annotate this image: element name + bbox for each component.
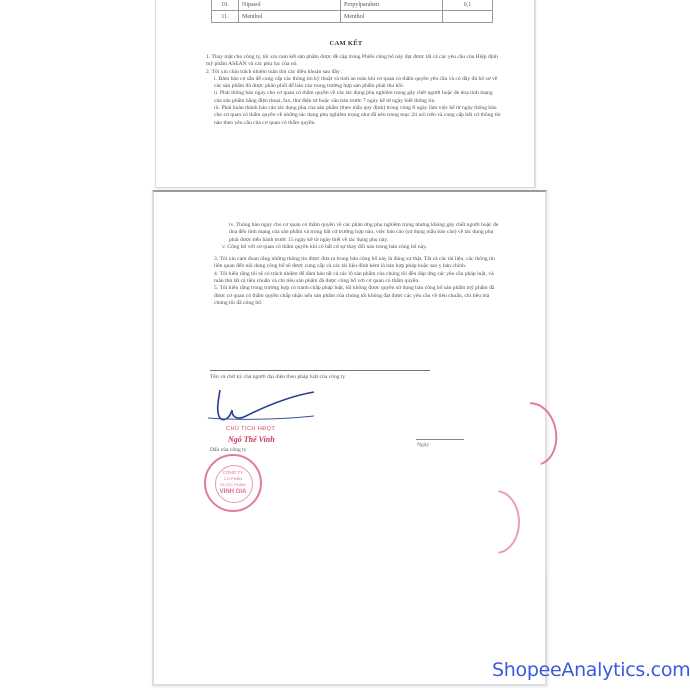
paragraph: 1. Thay mặt cho công ty, tôi xin cam kết… bbox=[206, 54, 501, 69]
watermark-text: ShopeeAnalytics.com bbox=[492, 659, 690, 681]
table-row: 10. Nipasol Propylparaben 0,1 bbox=[212, 0, 493, 11]
signer-name: Ngô Thế Vinh bbox=[228, 435, 275, 444]
paragraph: iii. Phải hoàn thành báo cáo tác dụng ph… bbox=[206, 105, 501, 127]
stamp-text: CÔNG TY bbox=[206, 470, 260, 475]
document-page-1: 10. Nipasol Propylparaben 0,1 11. Mentho… bbox=[155, 0, 535, 188]
paragraph: 5. Tôi hiểu rằng trong trường hợp có tra… bbox=[214, 285, 504, 307]
ingredient-inci: Menthol bbox=[341, 11, 443, 23]
section-heading: CAM KẾT bbox=[156, 40, 536, 47]
paragraph: 2. Tôi xin chịu trách nhiệm tuân thủ các… bbox=[206, 69, 501, 76]
paragraph: 4. Tôi hiểu rằng tôi sẽ có trách nhiệm đ… bbox=[214, 271, 504, 286]
page-edge bbox=[546, 192, 553, 572]
signature-divider bbox=[210, 370, 430, 371]
date-divider bbox=[416, 439, 464, 440]
signature-scribble-icon bbox=[206, 388, 316, 426]
company-stamp: CÔNG TY CỔ PHẦN DƯỢC PHẨM VINH GIA bbox=[204, 454, 262, 512]
row-number: 11. bbox=[212, 11, 239, 23]
paragraph: 3. Tôi xin cam đoan rằng những thông tin… bbox=[214, 256, 504, 271]
commitment-text-2: iv. Thông báo ngay cho cơ quan có thẩm q… bbox=[214, 222, 504, 307]
table-row: 11. Menthol Menthol bbox=[212, 11, 493, 23]
paragraph: iv. Thông báo ngay cho cơ quan có thẩm q… bbox=[214, 222, 504, 244]
date-label: Ngày bbox=[417, 442, 429, 448]
paragraph: i. Đảm bảo có sẵn để cung cấp các thông … bbox=[206, 76, 501, 91]
ingredient-name: Menthol bbox=[239, 11, 341, 23]
page-edge bbox=[535, 0, 540, 188]
commitment-text-1: 1. Thay mặt cho công ty, tôi xin cam kết… bbox=[206, 54, 501, 127]
ingredient-percent: 0,1 bbox=[443, 0, 493, 11]
signer-role: CHỦ TỊCH HĐQT bbox=[226, 426, 275, 432]
row-number: 10. bbox=[212, 0, 239, 11]
ingredient-inci: Propylparaben bbox=[341, 0, 443, 11]
ingredients-table: 10. Nipasol Propylparaben 0,1 11. Mentho… bbox=[211, 0, 493, 23]
seal-edge-stamp bbox=[472, 490, 520, 554]
paragraph: v. Công bố với cơ quan có thẩm quyền khi… bbox=[214, 244, 504, 251]
seal-edge-stamp bbox=[504, 398, 562, 469]
ingredient-name: Nipasol bbox=[239, 0, 341, 11]
stamp-label: Dấu của công ty bbox=[210, 447, 247, 453]
stamp-text: CỔ PHẦN bbox=[206, 476, 260, 481]
paragraph: ii. Phải thông báo ngay cho cơ quan có t… bbox=[206, 90, 501, 105]
stamp-text: DƯỢC PHẨM bbox=[206, 482, 260, 487]
document-page-2: iv. Thông báo ngay cho cơ quan có thẩm q… bbox=[152, 190, 547, 686]
signature-label: Tên và chữ ký của người đại diện theo ph… bbox=[210, 374, 345, 380]
stamp-text: VINH GIA bbox=[206, 489, 260, 495]
ingredient-percent bbox=[443, 11, 493, 23]
